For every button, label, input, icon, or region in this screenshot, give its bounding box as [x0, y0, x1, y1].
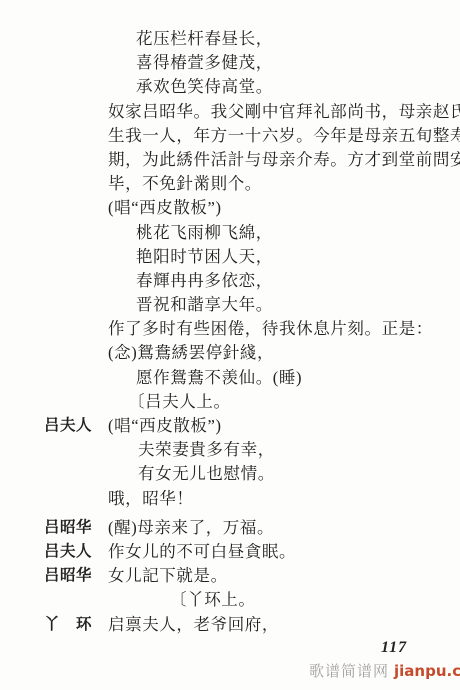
stage-direction: 〔丫环上。 [170, 588, 460, 612]
dialogue-text: 女儿記下就是。 [108, 566, 228, 585]
verse-line: 花压栏杆春昼长， [136, 27, 460, 51]
prose-line: 期，为此綉件活計与母亲介寿。方才到堂前問安已 [108, 148, 460, 172]
page-number: 117 [381, 639, 407, 657]
verse-line: 承欢色笑侍高堂。 [136, 75, 460, 99]
verse-line: 晋祝和諧享大年。 [136, 293, 460, 317]
dialogue-line: 吕夫人(唱“西皮散板”) [44, 414, 460, 438]
speaker-name: 吕夫人 [44, 414, 108, 438]
watermark: 歌谱简谱网jianpu.cn [309, 660, 460, 681]
script-page: 花压栏杆春昼长， 喜得椿萱多健茂， 承欢色笑侍高堂。 奴家吕昭华。我父剛中官拜礼… [0, 0, 460, 690]
dialogue-text: (唱“西皮散板”) [108, 416, 222, 435]
prose-line: 生我一人，年方一十六岁。今年是母亲五旬整寿之 [108, 124, 460, 148]
verse-line: 艳阳时节困人天， [136, 245, 460, 269]
dialogue-line: 吕夫人作女儿的不可白昼貪眠。 [44, 540, 460, 564]
verse-line: 春輝冉冉多依恋， [136, 269, 460, 293]
dialogue-line: 吕昭华女儿記下就是。 [44, 564, 460, 588]
stage-direction: 〔吕夫人上。 [128, 390, 460, 414]
prose-line: 哦，昭华！ [108, 487, 460, 511]
dialogue-text: (醒)母亲来了，万福。 [108, 518, 274, 537]
verse-line: 愿作鴛鴦不羡仙。(睡) [136, 366, 460, 390]
script-text-block: 花压栏杆春昼长， 喜得椿萱多健茂， 承欢色笑侍高堂。 奴家吕昭华。我父剛中官拜礼… [0, 27, 460, 637]
verse-line: 夫荣妻貴多有幸， [138, 438, 460, 462]
verse-line: 有女无儿也慰情。 [138, 462, 460, 486]
speaker-name: 吕昭华 [44, 516, 108, 540]
watermark-site-url: jianpu.cn [394, 662, 460, 680]
dialogue-text: 作女儿的不可白昼貪眠。 [108, 542, 296, 561]
prose-line: 奴家吕昭华。我父剛中官拜礼部尚书，母亲赵氏只 [108, 100, 460, 124]
speaker-name: 吕夫人 [44, 540, 108, 564]
recite-cue-line: (念)鴛鴦綉罢停針綫， [108, 341, 460, 365]
aria-cue-line: (唱“西皮散板”) [108, 196, 460, 220]
dialogue-text: 启禀夫人，老爷回府， [108, 615, 279, 634]
speaker-name: 吕昭华 [44, 564, 108, 588]
dialogue-line: 吕昭华(醒)母亲来了，万福。 [44, 516, 460, 540]
prose-line: 毕，不免針黹則个。 [108, 172, 460, 196]
speaker-name: 丫 环 [44, 613, 108, 637]
verse-line: 桃花飞雨柳飞綿， [136, 221, 460, 245]
prose-line: 作了多时有些困倦，待我休息片刻。正是： [108, 317, 460, 341]
verse-line: 喜得椿萱多健茂， [136, 51, 460, 75]
watermark-site-name: 歌谱简谱网 [309, 664, 389, 680]
dialogue-line: 丫 环启禀夫人，老爷回府， [44, 613, 460, 637]
